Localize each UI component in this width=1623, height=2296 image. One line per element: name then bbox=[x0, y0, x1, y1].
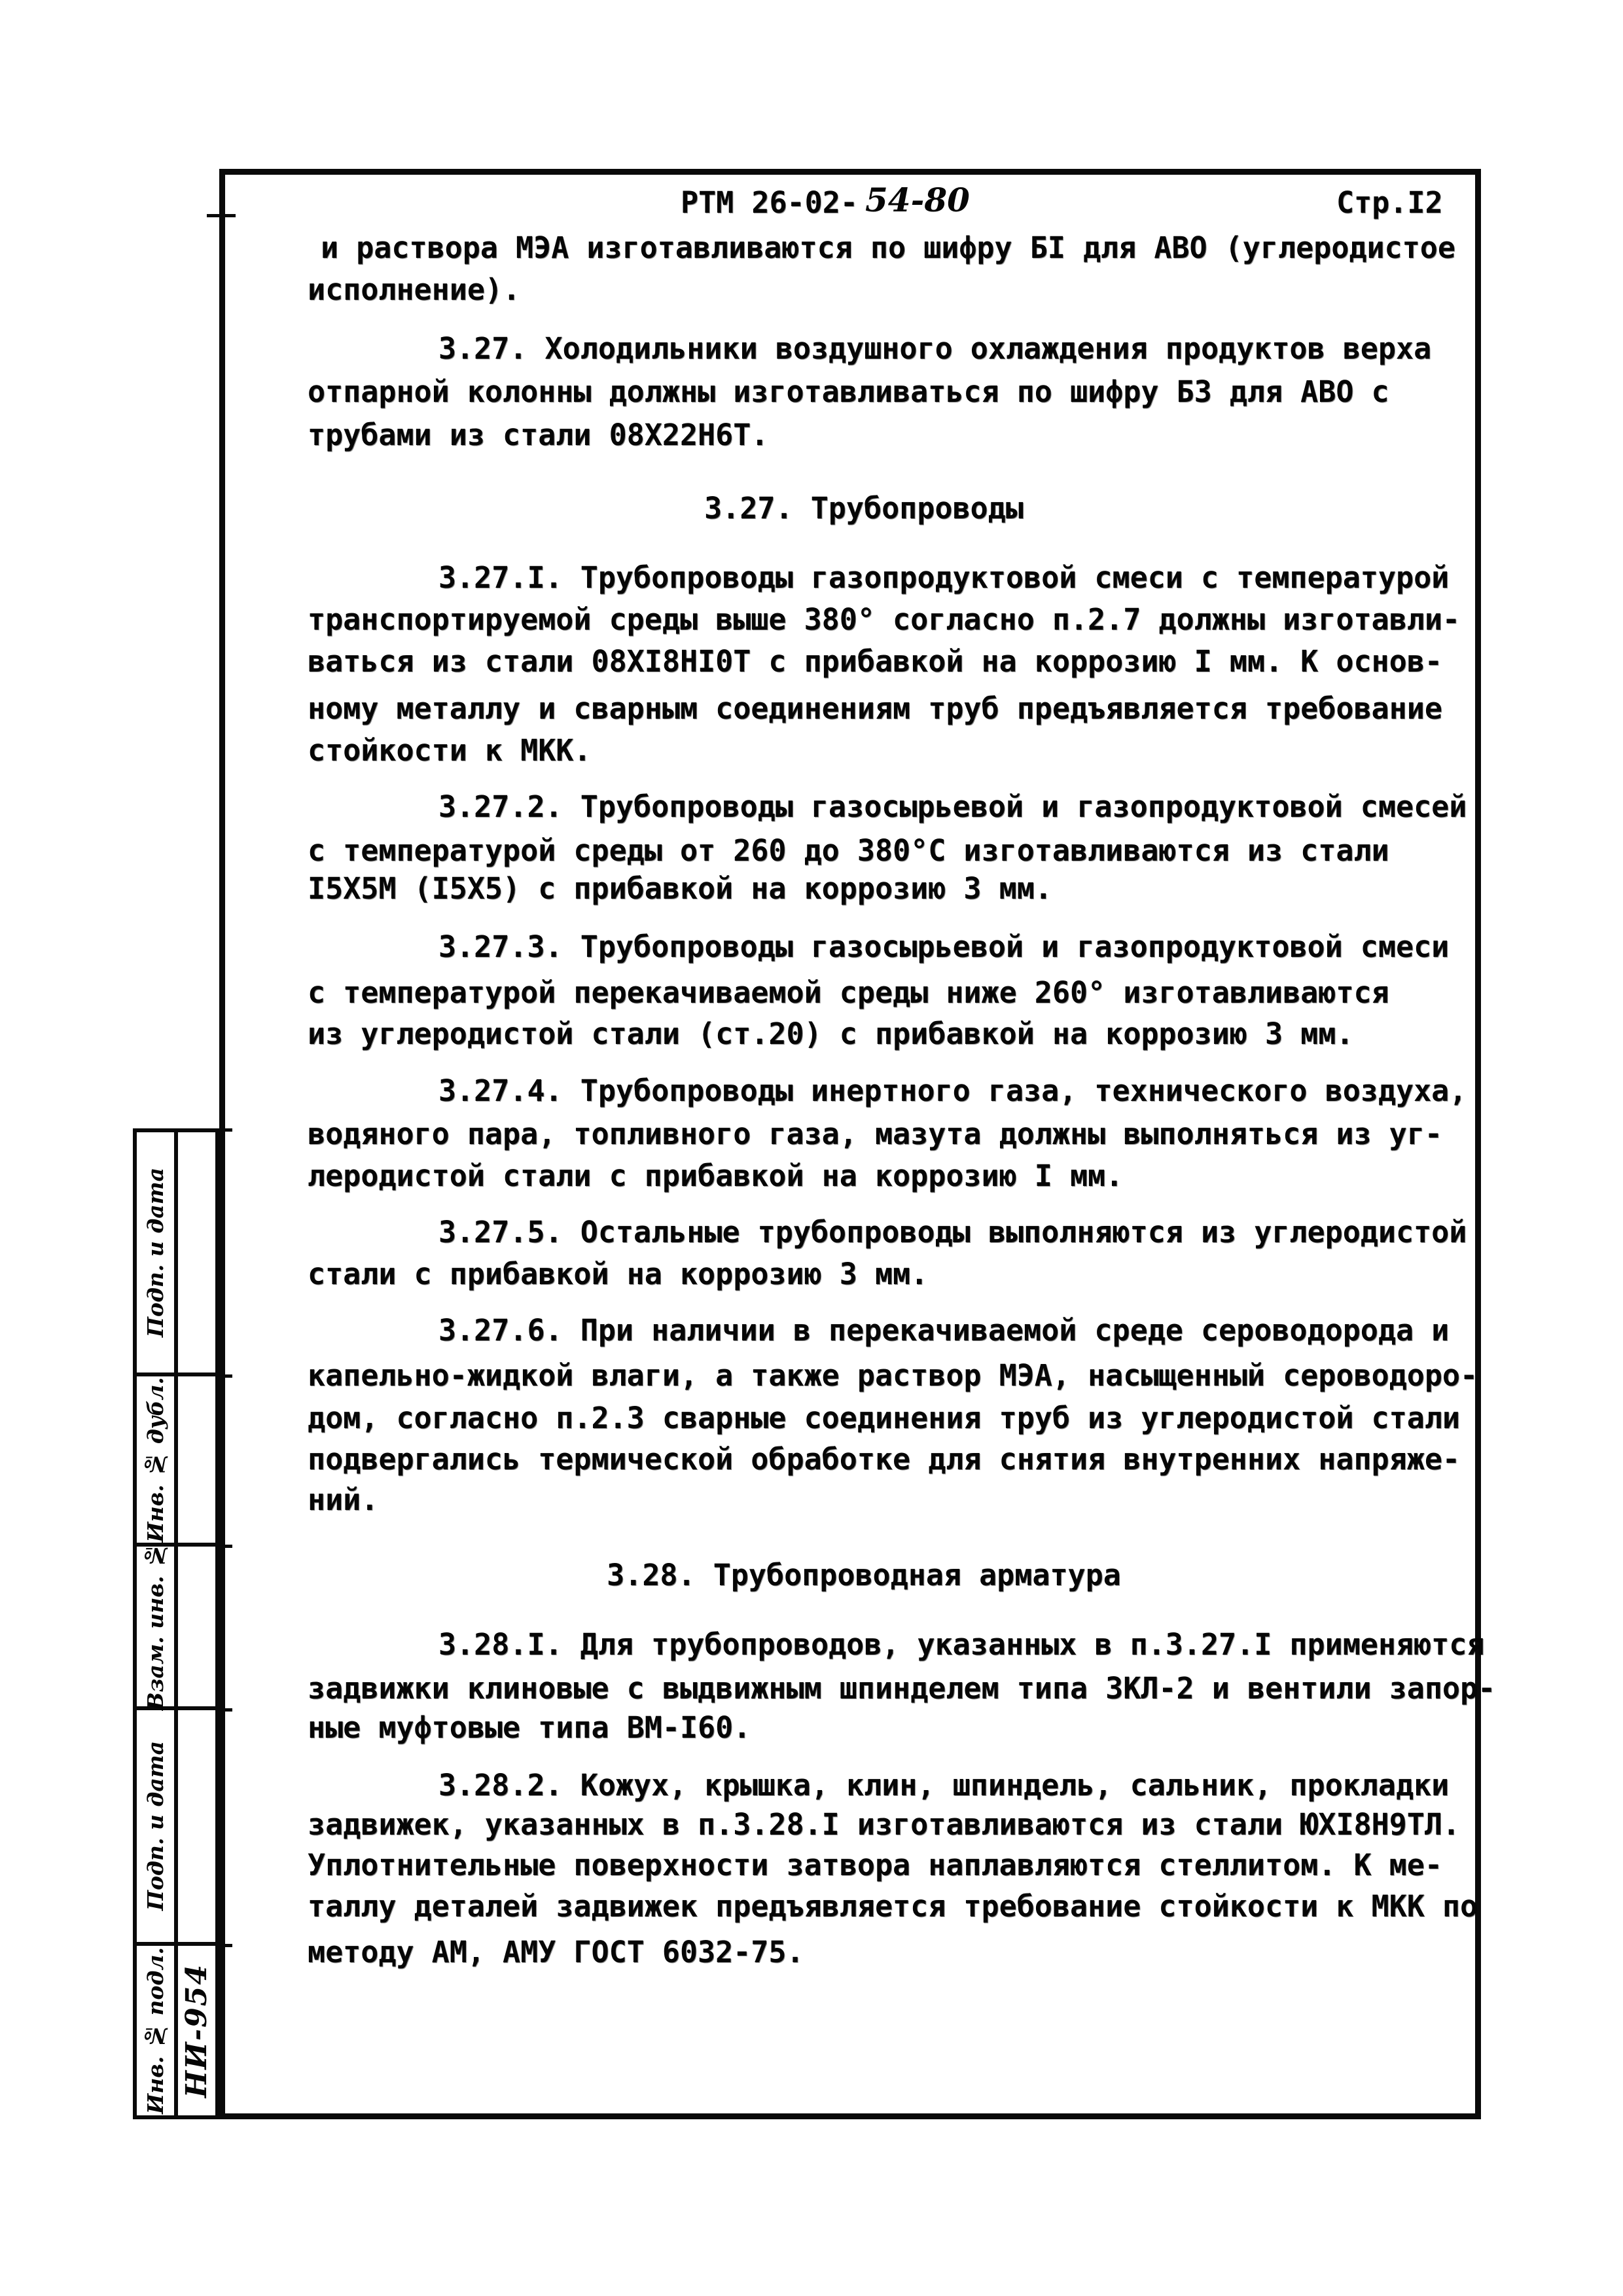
stamp-row-tick bbox=[219, 1128, 232, 1132]
text-line: Уплотнительные поверхности затвора напла… bbox=[308, 1848, 1442, 1883]
text-line: стали с прибавкой на коррозию 3 мм. bbox=[308, 1257, 928, 1292]
text-line: ному металлу и сварным соединениям труб … bbox=[308, 691, 1442, 726]
text-line: транспортируемой среды выше 380° согласн… bbox=[308, 602, 1460, 637]
text-line: из углеродистой стали (ст.20) с прибавко… bbox=[308, 1016, 1353, 1052]
stamp-value-cell bbox=[178, 1132, 215, 1372]
inventory-number: НИ-954 bbox=[180, 1964, 213, 2098]
section-heading: 3.27. Трубопроводы bbox=[255, 491, 1472, 526]
document-number-handwritten: 54-80 bbox=[865, 181, 970, 219]
stamp-value-cell bbox=[178, 1376, 215, 1543]
stamp-row: Подп. и дата bbox=[137, 1710, 215, 1946]
stamp-value-cell bbox=[178, 1547, 215, 1706]
text-line: капельно-жидкой влаги, а также раствор М… bbox=[308, 1358, 1478, 1393]
document-number: РТМ 26-02- bbox=[681, 185, 858, 220]
text-line: ные муфтовые типа ВМ-I60. bbox=[308, 1710, 751, 1746]
scanned-document-page: РТМ 26-02- 54-80 Стр.I2 и раствора МЭА и… bbox=[0, 0, 1623, 2296]
stamp-label: Подп. и дата bbox=[143, 1741, 168, 1910]
text-line: отпарной колонны должны изготавливаться … bbox=[308, 374, 1389, 410]
text-line: дом, согласно п.2.3 сварные соединения т… bbox=[308, 1401, 1460, 1436]
text-line: таллу деталей задвижек предъявляется тре… bbox=[308, 1889, 1478, 1924]
stamp-label: Подп. и дата bbox=[143, 1168, 168, 1337]
text-line: ний. bbox=[308, 1482, 378, 1518]
section-heading: 3.28. Трубопроводная арматура bbox=[255, 1558, 1472, 1593]
text-line: 3.27.6. При наличии в перекачиваемой сре… bbox=[438, 1313, 1449, 1348]
stamp-label-cell: Взам. инв. № bbox=[137, 1547, 178, 1706]
text-line: подвергались термической обработке для с… bbox=[308, 1442, 1460, 1477]
text-line: водяного пара, топливного газа, мазута д… bbox=[308, 1117, 1442, 1152]
stamp-label-cell: Подп. и дата bbox=[137, 1710, 178, 1942]
text-line: 3.28.I. Для трубопроводов, указанных в п… bbox=[438, 1627, 1484, 1662]
centering-mark bbox=[207, 214, 236, 217]
stamp-row: Инв. № подл. НИ-954 bbox=[137, 1946, 215, 2115]
stamp-row-tick bbox=[219, 1374, 232, 1378]
text-line: трубами из стали 08Х22Н6Т. bbox=[308, 418, 768, 453]
stamp-value-cell: НИ-954 bbox=[178, 1946, 215, 2115]
stamp-label-cell: Инв. № дубл. bbox=[137, 1376, 178, 1543]
stamp-row: Инв. № дубл. bbox=[137, 1376, 215, 1547]
text-line: методу АМ, АМУ ГОСТ 6032-75. bbox=[308, 1935, 804, 1970]
text-line: 3.27.2. Трубопроводы газосырьевой и газо… bbox=[438, 789, 1467, 825]
text-line: I5Х5М (I5Х5) с прибавкой на коррозию 3 м… bbox=[308, 871, 1052, 906]
stamp-column: Подп. и дата Инв. № дубл. Взам. инв. № П… bbox=[133, 1128, 219, 2119]
stamp-row-tick bbox=[219, 1708, 232, 1712]
stamp-row: Подп. и дата bbox=[137, 1132, 215, 1376]
stamp-label: Инв. № дубл. bbox=[143, 1377, 168, 1543]
stamp-label-cell: Инв. № подл. bbox=[137, 1946, 178, 2115]
text-line: задвижек, указанных в п.3.28.I изготавли… bbox=[308, 1807, 1460, 1842]
stamp-value-cell bbox=[178, 1710, 215, 1942]
stamp-row: Взам. инв. № bbox=[137, 1547, 215, 1710]
text-line: задвижки клиновые с выдвижным шпинделем … bbox=[308, 1671, 1495, 1706]
text-line: с температурой среды от 260 до 380°С изг… bbox=[308, 833, 1389, 869]
text-line: 3.27. Холодильники воздушного охлаждения… bbox=[438, 331, 1431, 367]
stamp-label-cell: Подп. и дата bbox=[137, 1132, 178, 1372]
page-number: Стр.I2 bbox=[1336, 185, 1443, 220]
text-line: с температурой перекачиваемой среды ниже… bbox=[308, 975, 1389, 1011]
text-line: леродистой стали с прибавкой на коррозию… bbox=[308, 1158, 1123, 1194]
stamp-label: Инв. № подл. bbox=[143, 1947, 168, 2114]
stamp-label: Взам. инв. № bbox=[143, 1543, 168, 1710]
text-line: стойкости к МКК. bbox=[308, 733, 591, 768]
text-line: исполнение). bbox=[308, 272, 520, 308]
text-line: и раствора МЭА изготавливаются по шифру … bbox=[321, 230, 1455, 266]
text-line: 3.28.2. Кожух, крышка, клин, шпиндель, с… bbox=[438, 1768, 1449, 1803]
stamp-row-tick bbox=[219, 1944, 232, 1947]
text-line: 3.27.3. Трубопроводы газосырьевой и газо… bbox=[438, 929, 1449, 965]
text-line: ваться из стали 08ХI8НI0Т с прибавкой на… bbox=[308, 644, 1442, 679]
text-line: 3.27.I. Трубопроводы газопродуктовой сме… bbox=[438, 560, 1449, 596]
stamp-row-tick bbox=[219, 1545, 232, 1548]
text-line: 3.27.5. Остальные трубопроводы выполняют… bbox=[438, 1215, 1467, 1250]
text-line: 3.27.4. Трубопроводы инертного газа, тех… bbox=[438, 1073, 1467, 1109]
